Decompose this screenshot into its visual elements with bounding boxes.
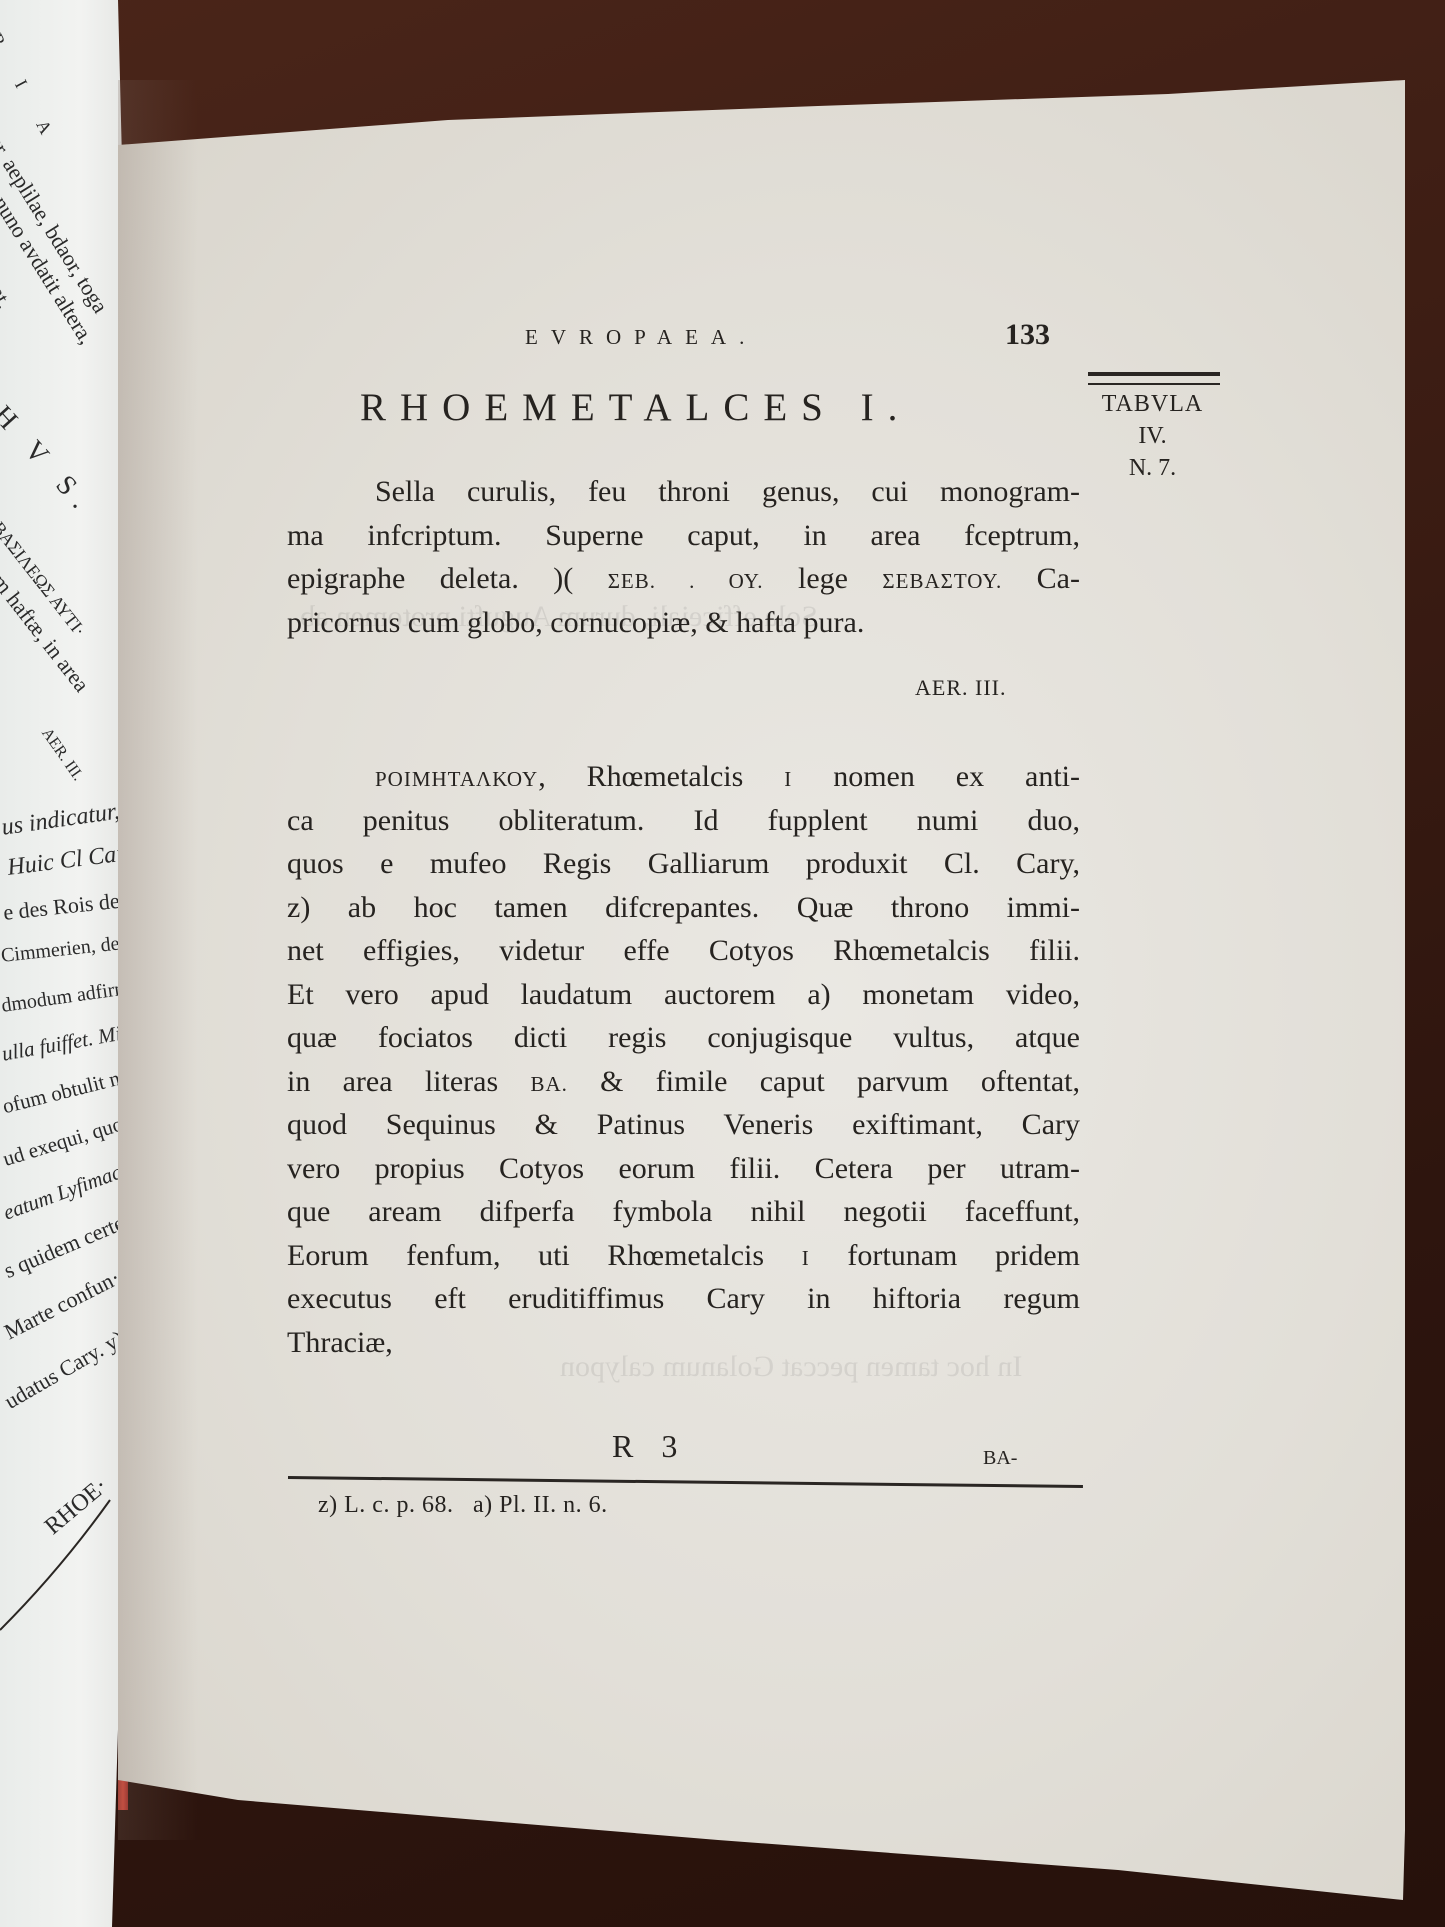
text-line: ca penitus obliteratum. Id fupplent numi… bbox=[287, 799, 1080, 843]
text-segment: nomen ex anti- bbox=[833, 760, 1080, 793]
left-page-line: ofum obtulit nu· bbox=[0, 1062, 135, 1120]
greek-legend: ΣΕΒΑΣΤΟΥ. bbox=[882, 569, 1002, 593]
footnotes: z) L. c. p. 68. a) Pl. II. n. 6. bbox=[318, 1492, 608, 1519]
greek-name: ΡΟΙΜΗΤΑΛΚΟΥ bbox=[375, 767, 538, 791]
text-line: que aream difperfa fymbola nihil negotii… bbox=[287, 1190, 1080, 1234]
text-line: z) ab hoc tamen difcrepantes. Quæ throno… bbox=[287, 886, 1080, 930]
text-line: ma infcriptum. Superne caput, in area fc… bbox=[287, 514, 1080, 558]
text-line: executus eft eruditiffimus Cary in hifto… bbox=[287, 1277, 1080, 1321]
left-page-line: H V S. bbox=[0, 400, 101, 522]
text-line: Thraciæ, bbox=[287, 1321, 1080, 1365]
roman-numeral: I bbox=[784, 767, 792, 791]
running-head: EVROPAEA. bbox=[525, 325, 757, 350]
left-page-rule bbox=[0, 1480, 135, 1640]
left-page-line: ftat. bbox=[0, 270, 17, 313]
greek-legend: ΣΕΒ. . ΟΥ. bbox=[608, 569, 764, 593]
page-number: 133 bbox=[1005, 318, 1050, 352]
signature-mark: R 3 bbox=[612, 1428, 687, 1465]
left-page-line: us indicatur, x) bbox=[0, 795, 135, 842]
text-line: pricornus cum globo, cornucopiæ, & hafta… bbox=[287, 601, 1080, 645]
text-segment: Ca- bbox=[1037, 562, 1080, 595]
left-page-line: R I A bbox=[0, 30, 65, 154]
text-line: net effigies, videtur effe Cotyos Rhœmet… bbox=[287, 929, 1080, 973]
text-line: vero propius Cotyos eorum filii. Cetera … bbox=[287, 1147, 1080, 1191]
text-line: in area literas ΒΑ. & fimile caput parvu… bbox=[287, 1060, 1080, 1104]
plate-label: TABVLA bbox=[1080, 388, 1225, 420]
left-page-line: Huic Cl Cary, bbox=[6, 839, 135, 882]
catchword: BA- bbox=[983, 1447, 1017, 1470]
text-segment: & fimile caput parvum oftentat, bbox=[600, 1065, 1080, 1098]
left-page-line: AER. III. bbox=[37, 725, 86, 784]
text-segment: , Rhœmetalcis bbox=[538, 760, 743, 793]
text-segment: in area literas bbox=[287, 1065, 498, 1098]
plate-reference: TABVLA IV. N. 7. bbox=[1080, 388, 1225, 484]
text-line: quod Sequinus & Patinus Veneris exiftima… bbox=[287, 1103, 1080, 1147]
text-line: quæ fociatos dicti regis conjugisque vul… bbox=[287, 1016, 1080, 1060]
text-segment: Eorum fenfum, uti Rhœmetalcis bbox=[287, 1239, 764, 1272]
text-segment: fortunam pridem bbox=[847, 1239, 1080, 1272]
text-line: Eorum fenfum, uti Rhœmetalcis I fortunam… bbox=[287, 1234, 1080, 1278]
plate-number: IV. bbox=[1080, 420, 1225, 452]
left-page-line: ulla fuiffet. Mi· bbox=[0, 1020, 128, 1066]
left-page-line: Cimmerien, defif· bbox=[0, 930, 135, 968]
text-line: ΡΟΙΜΗΤΑΛΚΟΥ, Rhœmetalcis I nomen ex anti… bbox=[287, 755, 1080, 799]
commentary-paragraph: ΡΟΙΜΗΤΑΛΚΟΥ, Rhœmetalcis I nomen ex anti… bbox=[287, 755, 1080, 1364]
coin-description: Sella curulis, feu throni genus, cui mon… bbox=[287, 470, 1080, 644]
left-page-fragment: R I A iliter. aeplilae, bdaor, toga hoc … bbox=[0, 0, 135, 1927]
coin-metal-label: AER. III. bbox=[915, 675, 1006, 701]
greek-letters: ΒΑ. bbox=[530, 1072, 567, 1096]
plate-ref-rule bbox=[1088, 372, 1220, 385]
text-line: Sella curulis, feu throni genus, cui mon… bbox=[287, 470, 1080, 514]
left-page-line: dmodum adfirmat, bbox=[0, 974, 135, 1017]
roman-numeral: I bbox=[802, 1246, 810, 1270]
text-line: Et vero apud laudatum auctorem a) moneta… bbox=[287, 973, 1080, 1017]
text-segment: lege bbox=[798, 562, 848, 595]
section-title: RHOEMETALCES I. bbox=[360, 385, 911, 430]
plate-item: N. 7. bbox=[1080, 452, 1225, 484]
text-line: epigraphe deleta. )( ΣΕΒ. . ΟΥ. lege ΣΕΒ… bbox=[287, 557, 1080, 601]
text-segment: epigraphe deleta. )( bbox=[287, 562, 573, 595]
left-page-line: e des Rois de bbox=[2, 888, 121, 926]
text-line: quos e mufeo Regis Galliarum produxit Cl… bbox=[287, 842, 1080, 886]
